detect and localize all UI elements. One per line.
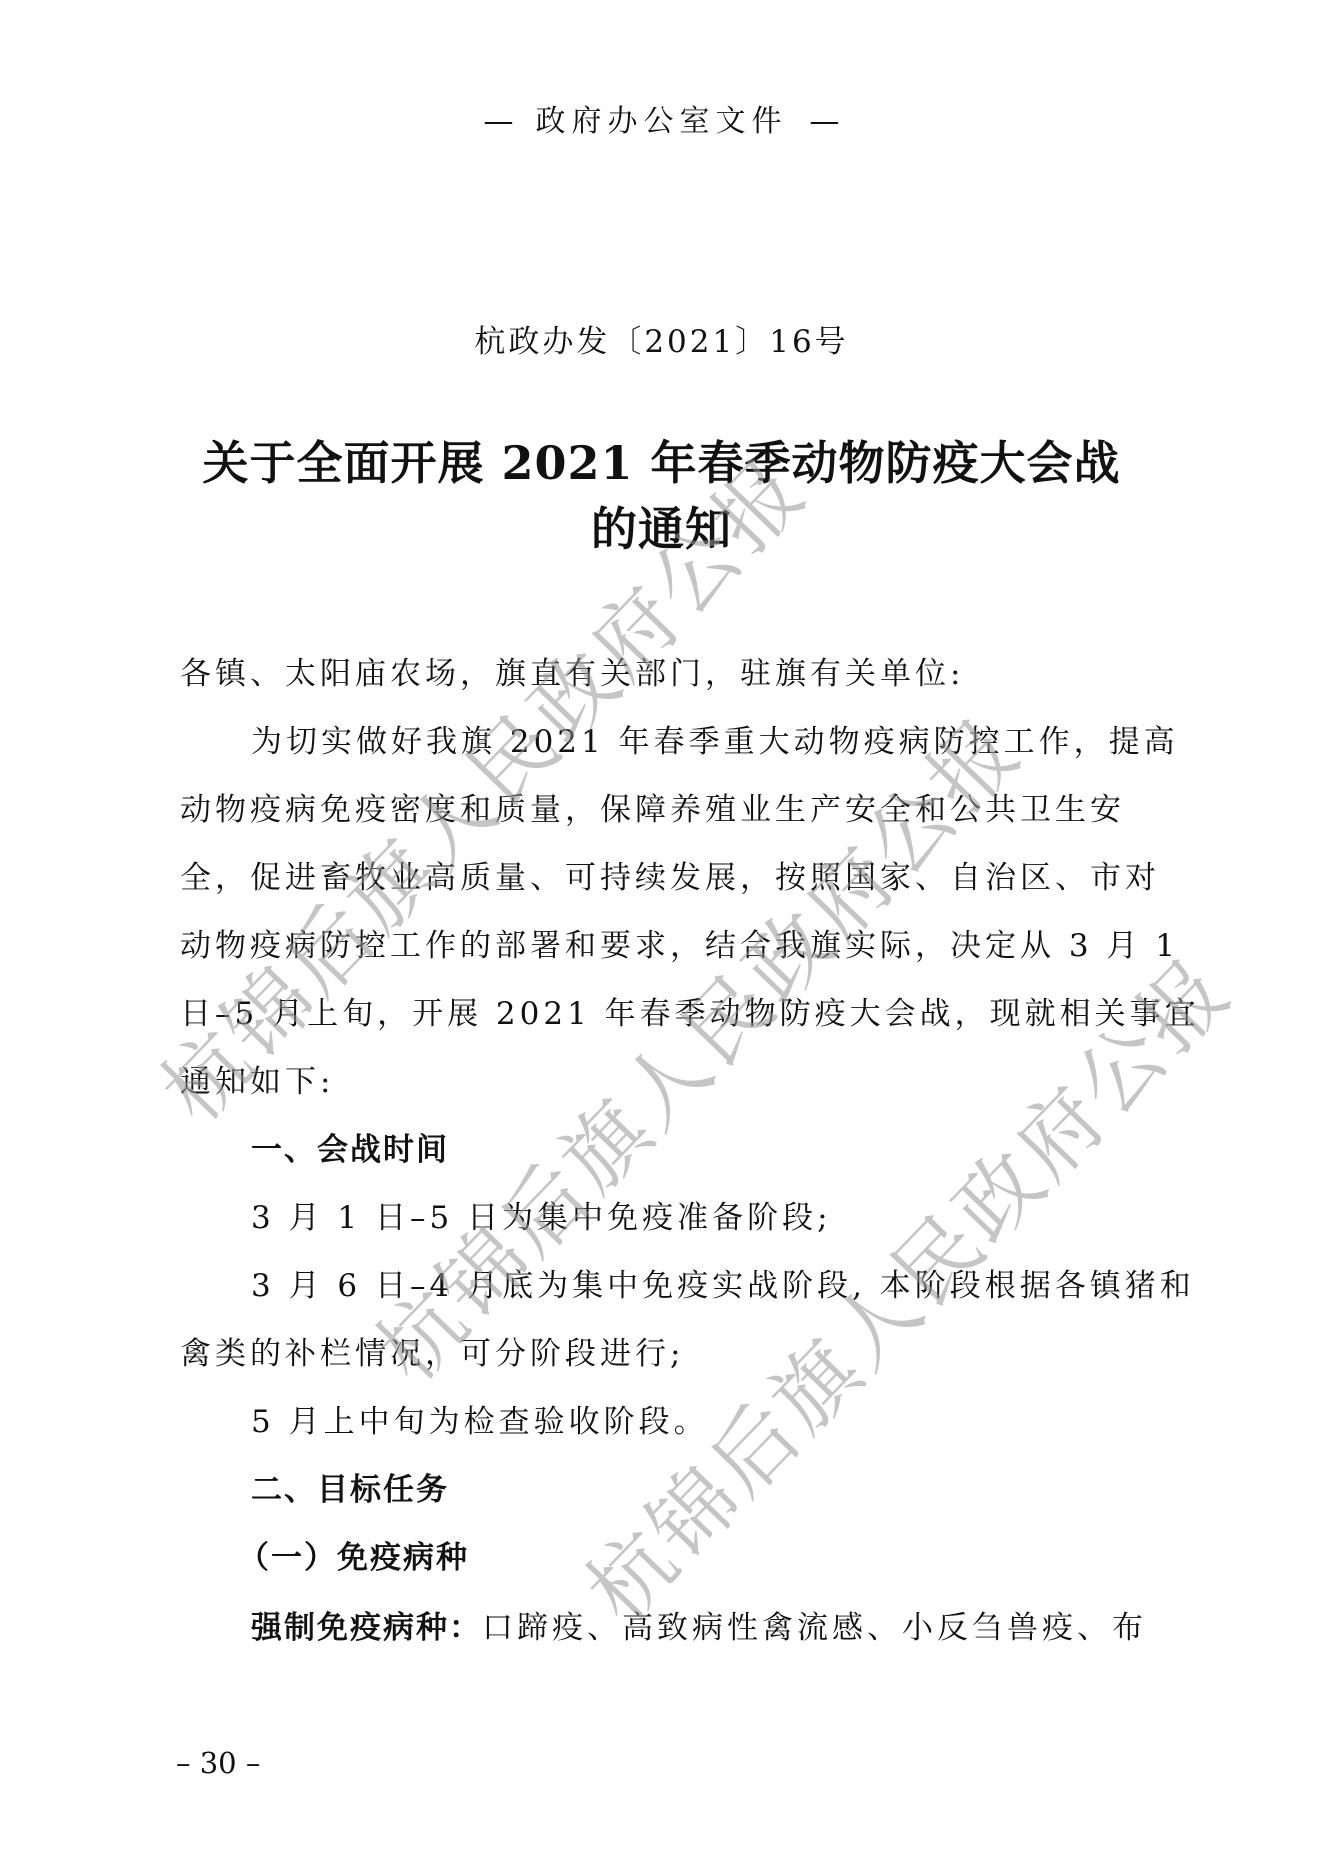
paragraph-line: 5 月上中旬为检查验收阶段。 xyxy=(251,1396,1236,1441)
title-line-1: 关于全面开展 2021 年春季动物防疫大会战 xyxy=(0,430,1323,496)
header-dash-left: — xyxy=(484,104,514,139)
paragraph-line: 通知如下: xyxy=(180,1056,1165,1101)
mandatory-text: 口蹄疫、高致病性禽流感、小反刍兽疫、布 xyxy=(482,1610,1147,1646)
paragraph-line: 动物疫病防控工作的部署和要求，结合我旗实际，决定从 3 月 1 xyxy=(180,920,1165,965)
paragraph-line: 禽类的补栏情况，可分阶段进行; xyxy=(180,1328,1165,1373)
section-heading-1: 一、会战时间 xyxy=(251,1124,1236,1169)
document-page: —政府办公室文件— 杭政办发〔2021〕16号 关于全面开展 2021 年春季动… xyxy=(0,0,1323,1871)
paragraph-line: 为切实做好我旗 2021 年春季重大动物疫病防控工作，提高 xyxy=(251,716,1236,761)
page-number: – 30 – xyxy=(176,1746,260,1780)
subsection-heading: （一）免疫病种 xyxy=(238,1532,1223,1577)
header-title: 政府办公室文件 xyxy=(536,104,788,139)
mandatory-label: 强制免疫病种： xyxy=(251,1610,482,1646)
header-dash-right: — xyxy=(810,104,840,139)
paragraph-line: 3 月 6 日–4 月底为集中免疫实战阶段, 本阶段根据各镇猪和 xyxy=(251,1260,1236,1305)
paragraph-line: 强制免疫病种：口蹄疫、高致病性禽流感、小反刍兽疫、布 xyxy=(251,1602,1236,1647)
paragraph-line: 3 月 1 日–5 日为集中免疫准备阶段; xyxy=(251,1192,1236,1237)
document-title: 关于全面开展 2021 年春季动物防疫大会战 的通知 xyxy=(0,430,1323,562)
salutation: 各镇、太阳庙农场，旗直有关部门，驻旗有关单位: xyxy=(180,648,1165,693)
running-header: —政府办公室文件— xyxy=(0,96,1323,140)
paragraph-line: 动物疫病免疫密度和质量，保障养殖业生产安全和公共卫生安 xyxy=(180,784,1165,829)
paragraph-line: 日–5 月上旬，开展 2021 年春季动物防疫大会战，现就相关事宜 xyxy=(180,988,1165,1033)
section-heading-2: 二、目标任务 xyxy=(251,1464,1236,1509)
title-line-2: 的通知 xyxy=(0,496,1323,562)
paragraph-line: 全，促进畜牧业高质量、可持续发展，按照国家、自治区、市对 xyxy=(180,852,1165,897)
document-number: 杭政办发〔2021〕16号 xyxy=(0,316,1323,361)
